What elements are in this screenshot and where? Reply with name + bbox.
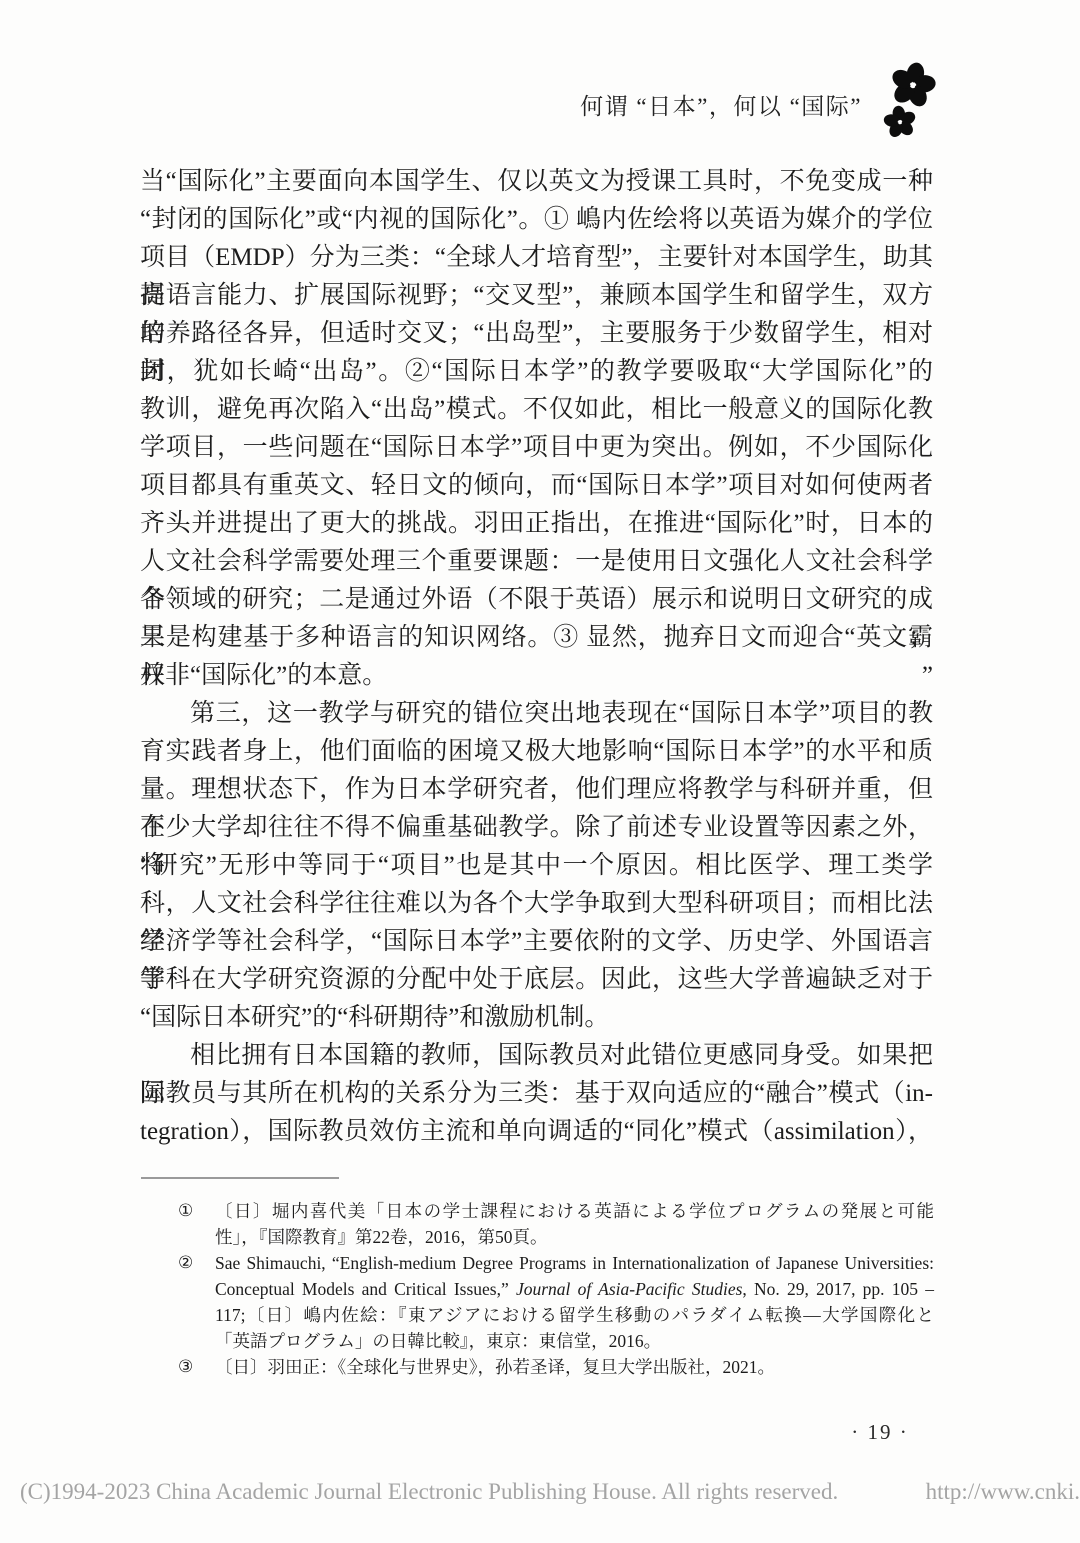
body-line: 三是构建基于多种语言的知识网络。③ 显然，抛弃日文而迎合“英文霸权” [140, 619, 933, 657]
footnote-marker: ③ [178, 1354, 215, 1380]
footnote-line: Conceptual Models and Critical Issues,” … [215, 1276, 934, 1302]
body-line: “研究”无形中等同于“项目”也是其中一个原因。相比医学、理工类学 [140, 847, 933, 885]
body-line: 学项目，一些问题在“国际日本学”项目中更为突出。例如，不少国际化 [140, 429, 933, 467]
page-number: · 19 · [820, 1420, 940, 1445]
running-head-title: 何谓 “日本”，何以 “国际” [580, 88, 862, 121]
footnote-divider [141, 1177, 339, 1179]
body-line: tegration），国际教员效仿主流和单向调适的“同化”模式（assimila… [140, 1113, 933, 1151]
body-line: “封闭的国际化”或“内视的国际化”。① 嶋内佐绘将以英语为媒介的学位 [140, 201, 933, 239]
footer-copyright: (C)1994-2023 China Academic Journal Elec… [20, 1479, 838, 1505]
footnotes-section: ① 〔日〕堀内喜代美「日本の学士課程における英語による学位プログラムの発展と可能… [178, 1198, 934, 1380]
body-line: 高语言能力、扩展国际视野；“交叉型”，兼顾本国学生和留学生，双方的 [140, 277, 933, 315]
footnote-line: 性」，『国際教育』第22卷，2016，第50頁。 [215, 1224, 934, 1250]
body-line: 相比拥有日本国籍的教师，国际教员对此错位更感同身受。如果把国 [140, 1037, 933, 1075]
body-line: 培养路径各异，但适时交叉；“出岛型”，主要服务于少数留学生，相对封 [140, 315, 933, 353]
footnote-line: 〔日〕羽田正：《全球化与世界史》，孙若圣译，复旦大学出版社，2021。 [215, 1354, 934, 1380]
body-line: 项目（EMDP）分为三类：“全球人才培育型”，主要针对本国学生，助其提 [140, 239, 933, 277]
footnote-2: ② Sae Shimauchi, “English-medium Degree … [178, 1250, 934, 1354]
body-line: 齐头并进提出了更大的挑战。羽田正指出，在推进“国际化”时，日本的 [140, 505, 933, 543]
footnote-text-segment: Conceptual Models and Critical Issues,” [215, 1279, 516, 1299]
footnote-line: Sae Shimauchi, “English-medium Degree Pr… [215, 1250, 934, 1276]
body-line: 育实践者身上，他们面临的困境又极大地影响“国际日本学”的水平和质 [140, 733, 933, 771]
body-line: 闭，犹如长崎“出岛”。②“国际日本学”的教学要吸取“大学国际化”的 [140, 353, 933, 391]
footer-url: http://www.cnki. [926, 1479, 1080, 1505]
footnote-marker: ② [178, 1250, 215, 1276]
body-line: “国际日本研究”的“科研期待”和激励机制。 [140, 999, 933, 1037]
footer: (C)1994-2023 China Academic Journal Elec… [0, 1479, 1080, 1505]
body-line: 不少大学却往往不得不偏重基础教学。除了前述专业设置等因素之外，将 [140, 809, 933, 847]
body-line: 学科在大学研究资源的分配中处于底层。因此，这些大学普遍缺乏对于 [140, 961, 933, 999]
body-line: 经济学等社会科学，“国际日本学”主要依附的文学、历史学、外国语言等 [140, 923, 933, 961]
body-line: 量。理想状态下，作为日本学研究者，他们理应将教学与科研并重，但在 [140, 771, 933, 809]
body-line: 人文社会科学需要处理三个重要课题：一是使用日文强化人文社会科学各 [140, 543, 933, 581]
footnote-marker: ① [178, 1198, 215, 1224]
footnote-3: ③ 〔日〕羽田正：《全球化与世界史》，孙若圣译，复旦大学出版社，2021。 [178, 1354, 934, 1380]
body-text: 当“国际化”主要面向本国学生、仅以英文为授课工具时，不免变成一种 “封闭的国际化… [140, 163, 933, 1151]
plum-blossom-icon [880, 60, 940, 144]
journal-title-italic: Journal of Asia-Pacific Studies [516, 1279, 742, 1299]
body-line: 科，人文社会科学往往难以为各个大学争取到大型科研项目；而相比法学、 [140, 885, 933, 923]
body-line: 项目都具有重英文、轻日文的倾向，而“国际日本学”项目对如何使两者 [140, 467, 933, 505]
body-line: 教训，避免再次陷入“出岛”模式。不仅如此，相比一般意义的国际化教 [140, 391, 933, 429]
body-line: 当“国际化”主要面向本国学生、仅以英文为授课工具时，不免变成一种 [140, 163, 933, 201]
body-line: 第三，这一教学与研究的错位突出地表现在“国际日本学”项目的教 [140, 695, 933, 733]
footnote-line: 〔日〕堀内喜代美「日本の学士課程における英語による学位プログラムの発展と可能 [215, 1198, 934, 1224]
body-line: 际教员与其所在机构的关系分为三类：基于双向适应的“融合”模式（in- [140, 1075, 933, 1113]
footnote-line: 「英語プログラム」の日韓比較』，東京：東信堂，2016。 [215, 1328, 934, 1354]
document-page: 何谓 “日本”，何以 “国际” 当“国际化”主要面向本国学生、仅以英文为授课工具… [0, 0, 1080, 1543]
footnote-1: ① 〔日〕堀内喜代美「日本の学士課程における英語による学位プログラムの発展と可能… [178, 1198, 934, 1250]
footnote-line: 117;〔日〕嶋内佐絵：『東アジアにおける留学生移動のパラダイム転換―大学国際化… [215, 1302, 934, 1328]
footnote-text-segment: , No. 29, 2017, pp. 105 – [742, 1279, 934, 1299]
body-line: 个领域的研究；二是通过外语（不限于英语）展示和说明日文研究的成果； [140, 581, 933, 619]
